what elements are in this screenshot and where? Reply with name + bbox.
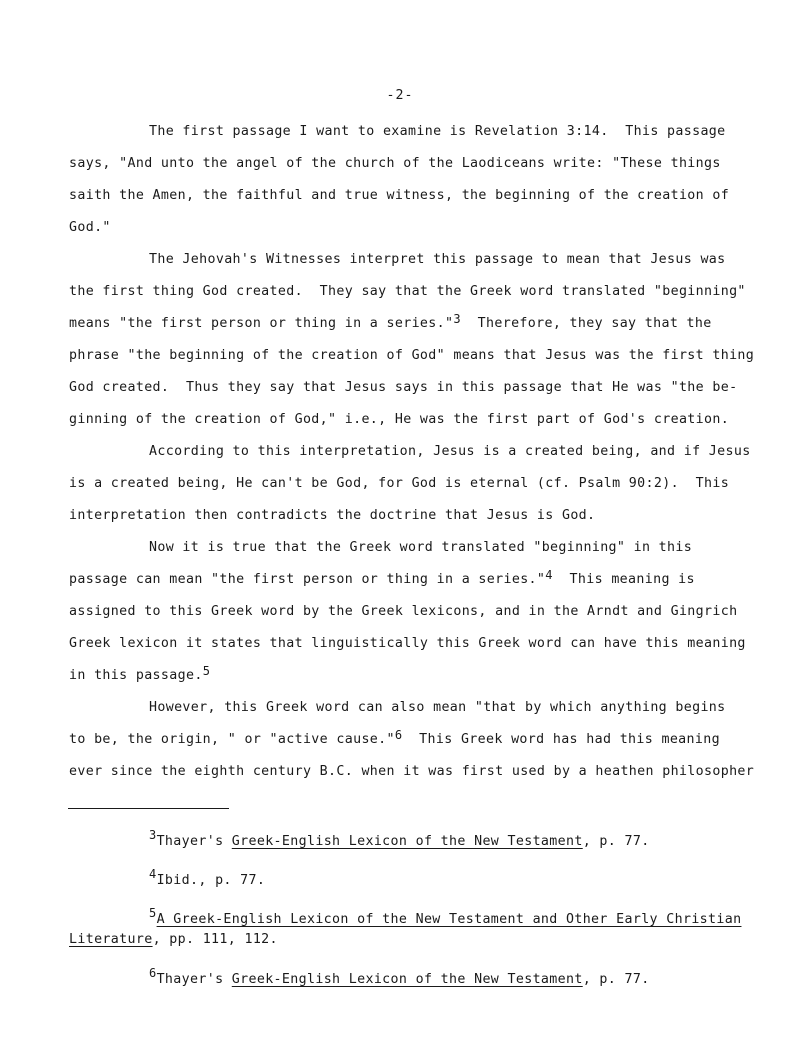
footnote-ref-3[interactable]: 3	[453, 312, 461, 326]
text-line: According to this interpretation, Jesus …	[69, 442, 739, 474]
text-line: says, "And unto the angel of the church …	[69, 154, 739, 186]
text-line: ever since the eighth century B.C. when …	[69, 762, 739, 794]
text-line: God."	[69, 218, 739, 250]
text-segment: passage can mean "the first person or th…	[69, 572, 545, 587]
paragraph-2: The Jehovah's Witnesses interpret this p…	[69, 250, 739, 442]
text-segment: This meaning is	[553, 572, 695, 587]
footnote-mark: 4	[149, 867, 157, 881]
footnote-4: 4Ibid., p. 77.	[69, 870, 739, 891]
text-line: The first passage I want to examine is R…	[69, 122, 739, 154]
text-segment: in this passage.	[69, 668, 203, 683]
text-segment: This Greek word has had this meaning	[402, 732, 720, 747]
footnote-5-line-1: 5A Greek-English Lexicon of the New Test…	[69, 909, 739, 930]
footnotes: 3Thayer's Greek-English Lexicon of the N…	[69, 831, 739, 990]
footnote-mark: 6	[149, 966, 157, 980]
text-line: passage can mean "the first person or th…	[69, 570, 739, 602]
text-line: is a created being, He can't be God, for…	[69, 474, 739, 506]
text-line: saith the Amen, the faithful and true wi…	[69, 186, 739, 218]
text-line: Now it is true that the Greek word trans…	[69, 538, 739, 570]
footnote-6: 6Thayer's Greek-English Lexicon of the N…	[69, 969, 739, 990]
text-segment: to be, the origin, " or "active cause."	[69, 732, 395, 747]
footnote-title: A Greek-English Lexicon of the New Testa…	[157, 912, 742, 927]
footnote-page: , p. 77.	[583, 834, 650, 849]
footnote-author: Thayer's	[157, 834, 232, 849]
page-number: -2-	[0, 88, 800, 103]
text-line: Greek lexicon it states that linguistica…	[69, 634, 739, 666]
footnote-title-cont: Literature	[69, 932, 153, 947]
footnote-5-line-2: Literature, pp. 111, 112.	[69, 930, 739, 950]
footnote-ref-4[interactable]: 4	[545, 568, 553, 582]
text-line: in this passage.5	[69, 666, 739, 698]
footnote-text: Ibid., p. 77.	[157, 873, 266, 888]
footnote-ref-5[interactable]: 5	[203, 664, 211, 678]
text-line: However, this Greek word can also mean "…	[69, 698, 739, 730]
body-text: The first passage I want to examine is R…	[69, 122, 739, 794]
paragraph-4: Now it is true that the Greek word trans…	[69, 538, 739, 698]
text-line: means "the first person or thing in a se…	[69, 314, 739, 346]
paragraph-5: However, this Greek word can also mean "…	[69, 698, 739, 794]
footnote-ref-6[interactable]: 6	[395, 728, 403, 742]
paragraph-1: The first passage I want to examine is R…	[69, 122, 739, 250]
text-line: ginning of the creation of God," i.e., H…	[69, 410, 739, 442]
text-segment: Therefore, they say that the	[461, 316, 712, 331]
footnote-page: , p. 77.	[583, 972, 650, 987]
footnote-mark: 5	[149, 906, 157, 920]
footnote-title: Greek-English Lexicon of the New Testame…	[232, 972, 583, 987]
footnote-title: Greek-English Lexicon of the New Testame…	[232, 834, 583, 849]
footnote-page: , pp. 111, 112.	[153, 932, 278, 947]
footnote-author: Thayer's	[157, 972, 232, 987]
footnote-3: 3Thayer's Greek-English Lexicon of the N…	[69, 831, 739, 852]
paragraph-3: According to this interpretation, Jesus …	[69, 442, 739, 538]
footnote-separator-rule	[68, 808, 229, 809]
text-line: to be, the origin, " or "active cause."6…	[69, 730, 739, 762]
text-line: phrase "the beginning of the creation of…	[69, 346, 739, 378]
text-line: The Jehovah's Witnesses interpret this p…	[69, 250, 739, 282]
text-line: assigned to this Greek word by the Greek…	[69, 602, 739, 634]
text-line: God created. Thus they say that Jesus sa…	[69, 378, 739, 410]
footnote-mark: 3	[149, 828, 157, 842]
text-line: interpretation then contradicts the doct…	[69, 506, 739, 538]
text-segment: means "the first person or thing in a se…	[69, 316, 453, 331]
text-line: the first thing God created. They say th…	[69, 282, 739, 314]
